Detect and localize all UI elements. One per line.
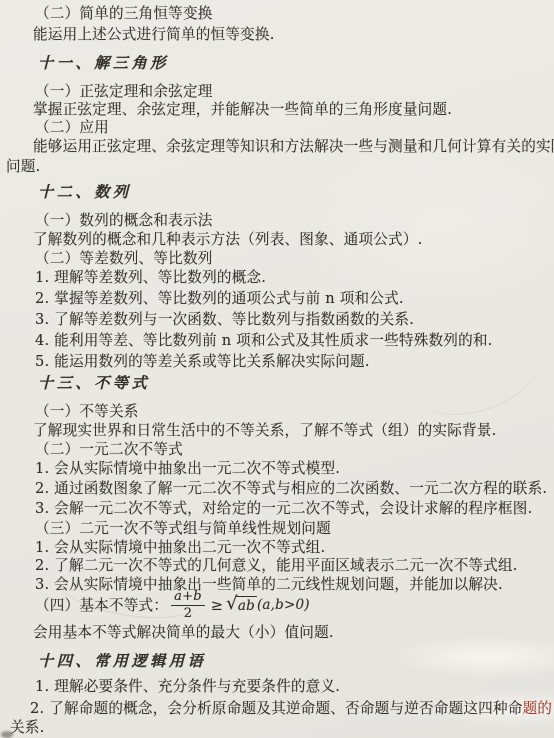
numbered-item: 1. 会从实际情境中抽象出一元二次不等式模型. xyxy=(35,460,340,477)
sub-heading: （一）正弦定理和余弦定理 xyxy=(35,83,213,100)
numbered-item: 3. 了解等差数列与一次函数、等比数列与指数函数的关系. xyxy=(35,311,414,328)
radicand: ab xyxy=(236,596,257,615)
body-line: 能够运用正弦定理、余弦定理等知识和方法解决一些与测量和几何计算有关的实际 xyxy=(33,138,554,155)
body-line: 掌握正弦定理、余弦定理，并能解决一些简单的三角形度量问题. xyxy=(33,101,452,118)
section-heading-11: 十一、解三角形 xyxy=(38,55,169,72)
section-heading-14: 十四、常用逻辑用语 xyxy=(38,653,206,670)
formula-label: （四）基本不等式： xyxy=(35,597,168,614)
basic-inequality-formula: （四）基本不等式： a+b 2 ≥ √ ab (a,b>0) xyxy=(35,590,310,620)
sub-heading: （一）不等关系 xyxy=(35,403,139,420)
body-line-wrap: 关系. xyxy=(10,719,44,736)
section-heading-12: 十二、数列 xyxy=(38,184,131,201)
logic-line-normal: 2. 了解命题的概念，会分析原命题及其逆命题、否命题与逆否命题这四种命 xyxy=(30,700,523,717)
numbered-item: 4. 能利用等差、等比数列前 n 项和公式及其性质求一些特殊数列的和. xyxy=(35,332,493,349)
section-heading-13: 十三、不等式 xyxy=(38,375,150,392)
numbered-item: 5. 能运用数列的等差关系或等比关系解决实际问题. xyxy=(35,353,370,370)
sub-heading: （一）数列的概念和表示法 xyxy=(35,212,213,229)
numbered-item: 2. 掌握等差数列、等比数列的通项公式与前 n 项和公式. xyxy=(35,290,404,307)
sub-heading: （三）二元一次不等式组与简单线性规划问题 xyxy=(35,520,331,537)
numbered-item: 1. 理解必要条件、充分条件与充要条件的意义. xyxy=(35,678,340,695)
relation-symbol: ≥ xyxy=(211,597,223,614)
formula-condition: (a,b>0) xyxy=(257,597,310,614)
numbered-item: 2. 了解二元一次不等式的几何意义，能用平面区域表示二元一次不等式组. xyxy=(35,557,518,574)
body-line: 会用基本不等式解决简单的最大（小）值问题. xyxy=(33,624,334,641)
body-line-wrap: 问题. xyxy=(6,158,40,175)
numbered-item: 2. 通过函数图象了解一元二次不等式与相应的二次函数、一元二次方程的联系. xyxy=(35,480,547,497)
body-line: 能运用上述公式进行简单的恒等变换. xyxy=(33,26,275,43)
square-root: √ ab xyxy=(226,596,257,615)
sub-heading: （二）等差数列、等比数列 xyxy=(35,250,213,267)
numbered-item-with-highlight: 2. 了解命题的概念，会分析原命题及其逆命题、否命题与逆否命题这四种命题的 相互 xyxy=(30,700,554,717)
fraction: a+b 2 xyxy=(171,590,205,620)
body-line: 了解数列的概念和几种表示方法（列表、图象、通项公式）. xyxy=(33,231,422,248)
sub-heading: （二）简单的三角恒等变换 xyxy=(35,5,213,22)
numbered-item: 1. 会从实际情境中抽象出二元一次不等式组. xyxy=(35,539,325,556)
numbered-item: 3. 会解一元二次不等式，对给定的一元二次不等式，会设计求解的程序框图. xyxy=(35,500,532,517)
scan-smudge xyxy=(1,731,13,738)
sub-heading: （二）应用 xyxy=(35,119,109,136)
sub-heading: （二）一元二次不等式 xyxy=(35,441,183,458)
body-line: 了解现实世界和日常生活中的不等关系，了解不等式（组）的实际背景. xyxy=(33,422,496,439)
scanned-document-page: （二）简单的三角恒等变换 能运用上述公式进行简单的恒等变换. 十一、解三角形 （… xyxy=(0,0,554,738)
fraction-denominator: 2 xyxy=(184,606,192,621)
numbered-item: 1. 理解等差数列、等比数列的概念. xyxy=(35,269,266,286)
logic-line-red-text: 题的 相互 xyxy=(523,700,554,717)
fraction-numerator: a+b xyxy=(171,590,205,606)
